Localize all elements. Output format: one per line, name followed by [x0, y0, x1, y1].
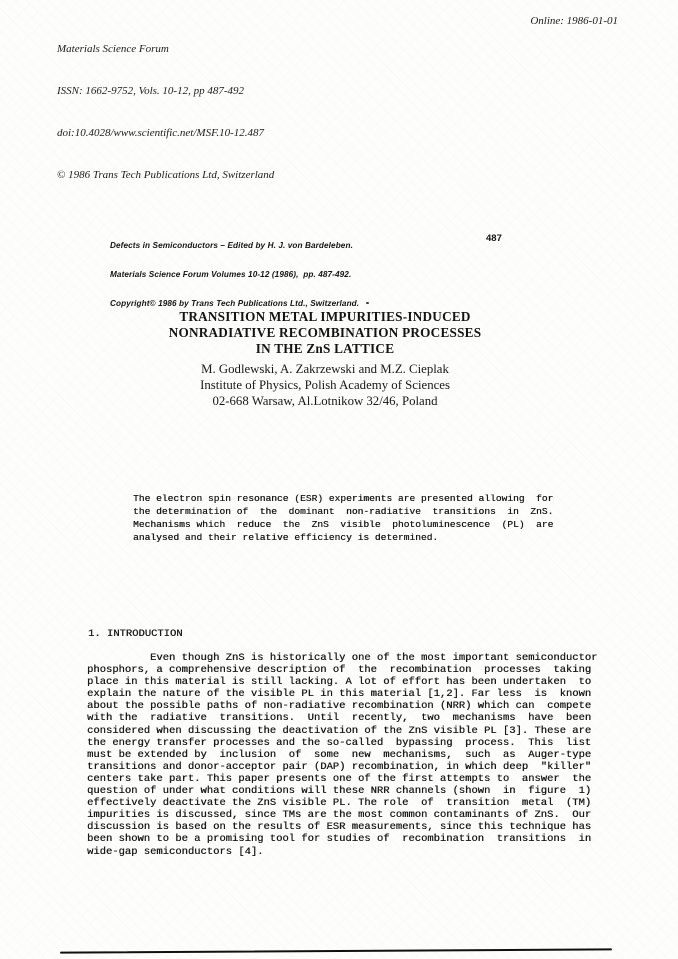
- scan-speck: [366, 302, 369, 304]
- bottom-scan-rule: [60, 948, 612, 954]
- author-names: M. Godlewski, A. Zakrzewski and M.Z. Cie…: [90, 361, 560, 377]
- journal-name: Materials Science Forum: [57, 42, 274, 56]
- section-1-heading: 1. INTRODUCTION: [88, 628, 183, 640]
- abstract-text: The electron spin resonance (ESR) experi…: [133, 492, 553, 544]
- article-title-line-1: TRANSITION METAL IMPURITIES-INDUCED: [90, 309, 560, 325]
- book-citation-line-2: Materials Science Forum Volumes 10-12 (1…: [110, 270, 359, 280]
- book-citation-line-3: Copyright© 1986 by Trans Tech Publicatio…: [110, 299, 359, 309]
- author-affiliation: Institute of Physics, Polish Academy of …: [90, 377, 560, 393]
- article-title-line-2: NONRADIATIVE RECOMBINATION PROCESSES: [90, 325, 560, 341]
- section-1-body: Even though ZnS is historically one of t…: [87, 652, 597, 858]
- online-date: Online: 1986-01-01: [530, 14, 618, 28]
- issn-line: ISSN: 1662-9752, Vols. 10-12, pp 487-492: [57, 84, 274, 98]
- author-address: 02-668 Warsaw, Al.Lotnikow 32/46, Poland: [90, 393, 560, 409]
- scanned-paper-page: Materials Science Forum ISSN: 1662-9752,…: [0, 0, 678, 959]
- page-number: 487: [486, 233, 502, 244]
- book-citation-line-1: Defects in Semiconductors – Edited by H.…: [110, 241, 359, 251]
- doi-line: doi:10.4028/www.scientific.net/MSF.10-12…: [57, 126, 274, 140]
- copyright-line: © 1986 Trans Tech Publications Ltd, Swit…: [57, 168, 274, 182]
- article-title: TRANSITION METAL IMPURITIES-INDUCED NONR…: [90, 309, 560, 357]
- article-title-line-3: IN THE ZnS LATTICE: [90, 341, 560, 357]
- authors-block: M. Godlewski, A. Zakrzewski and M.Z. Cie…: [90, 361, 560, 409]
- journal-meta-header: Materials Science Forum ISSN: 1662-9752,…: [57, 14, 274, 210]
